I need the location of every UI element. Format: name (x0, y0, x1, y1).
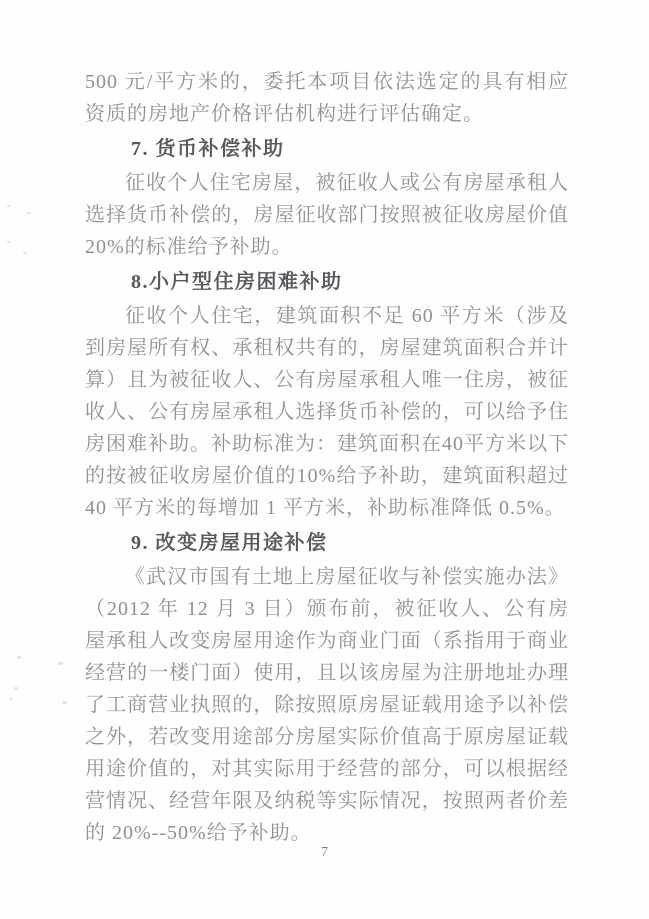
scan-artifact (23, 252, 26, 254)
section-7-heading: 7. 货币补偿补助 (85, 133, 569, 165)
paragraph-continuation: 500 元/平方米的，委托本项目依法选定的具有相应资质的房地产价格评估机构进行评… (85, 66, 569, 130)
section-7-paragraph: 征收个人住宅房屋，被征收人或公有房屋承租人选择货币补偿的，房屋征收部门按照被征收… (85, 167, 569, 263)
document-page: 500 元/平方米的，委托本项目依法选定的具有相应资质的房地产价格评估机构进行评… (0, 0, 649, 919)
scan-artifact (7, 205, 10, 207)
page-number: 7 (0, 845, 649, 861)
section-9-paragraph: 《武汉市国有土地上房屋征收与补偿实施办法》（2012 年 12 月 3 日）颁布… (85, 561, 569, 849)
scan-artifact (14, 687, 18, 690)
scan-artifact (58, 662, 63, 665)
scan-artifact (17, 656, 21, 659)
section-8-heading: 8.小户型住房困难补助 (85, 266, 569, 298)
scan-artifact (62, 701, 67, 704)
scan-artifact (27, 212, 31, 214)
scan-artifact (7, 241, 10, 243)
section-8-paragraph: 征收个人住宅，建筑面积不足 60 平方米（涉及到房屋所有权、承租权共有的，房屋建… (85, 300, 569, 524)
page-content: 500 元/平方米的，委托本项目依法选定的具有相应资质的房地产价格评估机构进行评… (85, 66, 569, 849)
scan-artifact (10, 697, 12, 701)
section-9-heading: 9. 改变房屋用途补偿 (85, 527, 569, 559)
